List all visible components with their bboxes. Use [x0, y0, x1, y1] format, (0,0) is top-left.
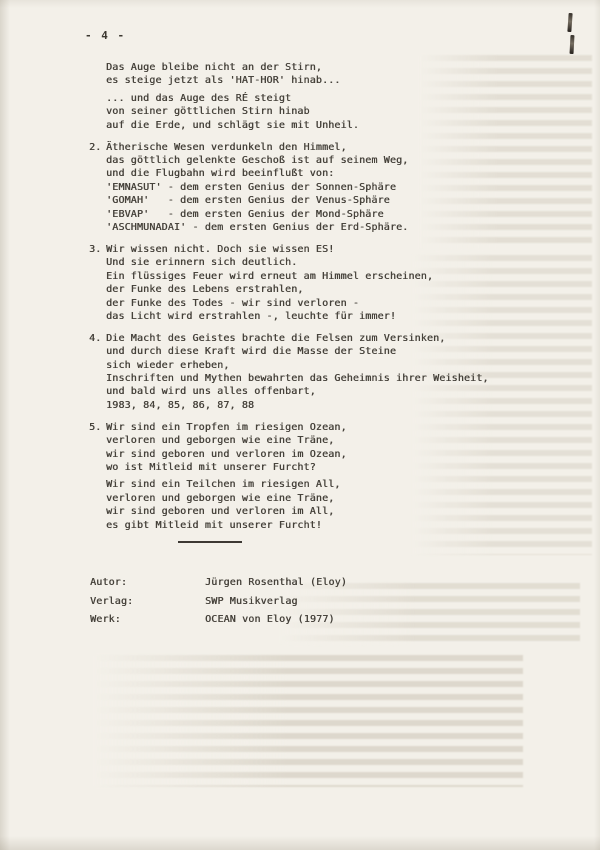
stanza-number — [89, 92, 106, 132]
stanza-lines: Das Auge bleibe nicht an der Stirn, es s… — [106, 61, 340, 88]
staple-mark-icon — [567, 13, 572, 32]
credit-row: Verlag: SWP Musikverlag — [90, 593, 347, 612]
credit-row: Werk: OCEAN von Eloy (1977) — [90, 611, 347, 630]
credit-row: Autor: Jürgen Rosenthal (Eloy) — [90, 574, 347, 593]
stanza-number: 2. — [89, 141, 106, 235]
separator-line — [178, 541, 242, 543]
credit-value: SWP Musikverlag — [205, 593, 298, 612]
stanza: 3. Wir wissen nicht. Doch sie wissen ES!… — [89, 243, 489, 323]
paper-edge-shadow-right — [594, 0, 600, 850]
stanza-lines: Die Macht des Geistes brachte die Felsen… — [106, 332, 489, 412]
stanza-lines: Wir wissen nicht. Doch sie wissen ES! Un… — [106, 243, 433, 323]
paper-edge-shadow-top — [0, 0, 600, 8]
page-number: - 4 - — [85, 29, 126, 42]
stanza-lines: Ätherische Wesen verdunkeln den Himmel, … — [106, 141, 408, 235]
credit-label: Autor: — [90, 574, 205, 593]
stanza: ... und das Auge des RÉ steigt von seine… — [89, 92, 489, 132]
scanned-document-page: - 4 - Das Auge bleibe nicht an der Stirn… — [0, 0, 600, 850]
stanza: 4. Die Macht des Geistes brachte die Fel… — [89, 332, 489, 412]
credit-value: Jürgen Rosenthal (Eloy) — [205, 574, 347, 593]
stanza-number: 4. — [89, 332, 106, 412]
paper-edge-shadow-left — [0, 0, 10, 850]
credits-block: Autor: Jürgen Rosenthal (Eloy) Verlag: S… — [90, 574, 347, 630]
stanza-number: 3. — [89, 243, 106, 323]
stanza: 2. Ätherische Wesen verdunkeln den Himme… — [89, 141, 489, 235]
staple-mark-icon — [570, 35, 575, 54]
stanza-number — [89, 478, 106, 532]
credit-label: Verlag: — [90, 593, 205, 612]
stanza: Das Auge bleibe nicht an der Stirn, es s… — [89, 61, 489, 88]
staple-icon — [565, 13, 579, 57]
bleed-through-text-region — [95, 655, 523, 787]
stanza-lines: ... und das Auge des RÉ steigt von seine… — [106, 92, 359, 132]
stanza: Wir sind ein Teilchen im riesigen All, v… — [89, 478, 489, 532]
stanza-number — [89, 61, 106, 88]
stanza-lines: Wir sind ein Teilchen im riesigen All, v… — [106, 478, 340, 532]
stanza-lines: Wir sind ein Tropfen im riesigen Ozean, … — [106, 421, 347, 475]
credit-label: Werk: — [90, 611, 205, 630]
stanza: 5. Wir sind ein Tropfen im riesigen Ozea… — [89, 421, 489, 475]
credit-value: OCEAN von Eloy (1977) — [205, 611, 335, 630]
stanza-number: 5. — [89, 421, 106, 475]
paper-edge-shadow-bottom — [0, 836, 600, 850]
poem-text-block: Das Auge bleibe nicht an der Stirn, es s… — [89, 61, 489, 543]
